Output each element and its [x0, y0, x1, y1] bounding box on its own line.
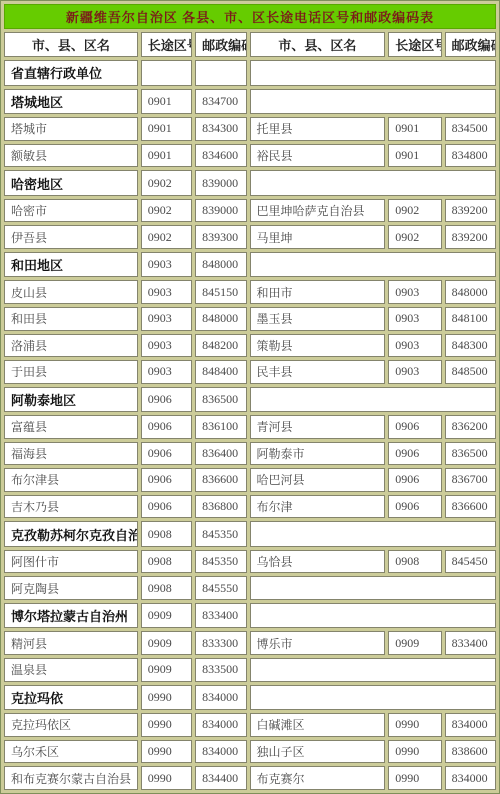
region-name-cell: 独山子区 [250, 740, 386, 764]
postal-code-cell: 836800 [195, 495, 246, 519]
region-name-cell: 青河县 [250, 415, 386, 439]
postal-code-cell: 848000 [445, 280, 496, 304]
postal-code-cell: 848000 [195, 307, 246, 331]
area-code-cell [141, 60, 192, 86]
region-name-cell: 温泉县 [4, 658, 138, 682]
region-name-cell: 省直辖行政单位 [4, 60, 138, 86]
postal-code-cell: 834500 [445, 117, 496, 141]
table-row: 于田县0903848400民丰县0903848500 [4, 360, 496, 384]
table-row: 额敏县0901834600裕民县0901834800 [4, 144, 496, 168]
area-code-cell: 0903 [141, 280, 192, 304]
area-code-cell: 0906 [388, 442, 441, 466]
postal-code-cell: 845550 [195, 576, 246, 600]
region-name-cell: 白碱滩区 [250, 713, 386, 737]
area-code-cell: 0906 [141, 495, 192, 519]
area-code-cell: 0908 [141, 521, 192, 547]
area-code-cell: 0990 [388, 740, 441, 764]
postal-code-cell: 834600 [195, 144, 246, 168]
area-code-cell: 0901 [141, 144, 192, 168]
region-name-cell: 墨玉县 [250, 307, 386, 331]
region-name-cell: 托里县 [250, 117, 386, 141]
area-code-cell: 0990 [141, 685, 192, 711]
area-code-cell: 0908 [388, 550, 441, 574]
empty-span-cell [250, 252, 496, 278]
empty-span-cell [250, 521, 496, 547]
postal-code-cell: 836200 [445, 415, 496, 439]
area-code-cell: 0990 [388, 766, 441, 790]
region-name-cell: 阿勒泰市 [250, 442, 386, 466]
table-row: 和田县0903848000墨玉县0903848100 [4, 307, 496, 331]
table-row: 皮山县0903845150和田市0903848000 [4, 280, 496, 304]
table-row: 哈密地区0902839000 [4, 170, 496, 196]
table-row: 阿克陶县0908845550 [4, 576, 496, 600]
postal-code-cell: 838600 [445, 740, 496, 764]
postal-code-cell: 833500 [195, 658, 246, 682]
table-row: 阿勒泰地区0906836500 [4, 387, 496, 413]
empty-span-cell [250, 603, 496, 629]
area-code-cell: 0902 [388, 199, 441, 223]
region-name-cell: 塔城市 [4, 117, 138, 141]
postal-code-cell: 833400 [445, 631, 496, 655]
area-code-cell: 0902 [388, 225, 441, 249]
area-code-cell: 0909 [141, 658, 192, 682]
empty-span-cell [250, 60, 496, 86]
region-name-cell: 伊吾县 [4, 225, 138, 249]
region-name-cell: 克孜勒苏柯尔克孜自治州 [4, 521, 138, 547]
page: 新疆维吾尔自治区 各县、市、区长途电话区号和邮政编码表 市、县、区名 长途区号 … [0, 0, 500, 794]
column-header-postal-left: 邮政编码 [195, 32, 246, 57]
postal-code-cell: 839300 [195, 225, 246, 249]
table-row: 省直辖行政单位 [4, 60, 496, 86]
region-name-cell: 布克赛尔 [250, 766, 386, 790]
table-row: 洛浦县0903848200策勒县0903848300 [4, 334, 496, 358]
postal-code-cell: 834000 [195, 685, 246, 711]
empty-span-cell [250, 387, 496, 413]
region-name-cell: 巴里坤哈萨克自治县 [250, 199, 386, 223]
area-code-cell: 0906 [388, 415, 441, 439]
postal-code-cell: 836500 [195, 387, 246, 413]
area-code-cell: 0909 [141, 631, 192, 655]
column-header-code-left: 长途区号 [141, 32, 192, 57]
area-code-cell: 0906 [141, 442, 192, 466]
area-code-cell: 0901 [141, 89, 192, 115]
column-header-name-right: 市、县、区名 [250, 32, 386, 57]
area-code-cell: 0990 [141, 713, 192, 737]
postal-code-cell: 834000 [195, 713, 246, 737]
postal-code-cell: 836600 [445, 495, 496, 519]
page-title: 新疆维吾尔自治区 各县、市、区长途电话区号和邮政编码表 [4, 4, 496, 29]
region-name-cell: 博乐市 [250, 631, 386, 655]
area-code-cell: 0903 [388, 280, 441, 304]
region-name-cell: 乌恰县 [250, 550, 386, 574]
area-code-cell: 0902 [141, 199, 192, 223]
region-name-cell: 乌尔禾区 [4, 740, 138, 764]
postal-code-cell: 836600 [195, 468, 246, 492]
postal-code-cell: 839200 [445, 225, 496, 249]
area-code-cell: 0906 [388, 468, 441, 492]
region-name-cell: 和布克赛尔蒙古自治县 [4, 766, 138, 790]
postal-code-cell: 834400 [195, 766, 246, 790]
table-row: 伊吾县0902839300马里坤0902839200 [4, 225, 496, 249]
area-code-cell: 0908 [141, 550, 192, 574]
area-code-cell: 0990 [141, 766, 192, 790]
area-code-cell: 0906 [388, 495, 441, 519]
region-name-cell: 马里坤 [250, 225, 386, 249]
region-name-cell: 和田地区 [4, 252, 138, 278]
area-code-cell: 0903 [388, 334, 441, 358]
area-code-cell: 0902 [141, 170, 192, 196]
region-name-cell: 哈巴河县 [250, 468, 386, 492]
area-code-cell: 0903 [388, 307, 441, 331]
postal-code-cell: 834000 [445, 713, 496, 737]
region-name-cell: 裕民县 [250, 144, 386, 168]
region-name-cell: 布尔津 [250, 495, 386, 519]
table-body: 省直辖行政单位 塔城地区0901834700 塔城市0901834300托里县0… [4, 60, 496, 790]
area-code-cell: 0906 [141, 387, 192, 413]
table-row: 克孜勒苏柯尔克孜自治州0908845350 [4, 521, 496, 547]
table-row: 富蕴县0906836100青河县0906836200 [4, 415, 496, 439]
region-name-cell: 阿克陶县 [4, 576, 138, 600]
postal-code-cell: 848200 [195, 334, 246, 358]
postal-code-cell: 833400 [195, 603, 246, 629]
column-header-postal-right: 邮政编码 [445, 32, 496, 57]
area-code-cell: 0990 [388, 713, 441, 737]
table-row: 哈密市0902839000巴里坤哈萨克自治县0902839200 [4, 199, 496, 223]
area-code-cell: 0909 [388, 631, 441, 655]
region-name-cell: 策勒县 [250, 334, 386, 358]
postal-code-cell: 839000 [195, 170, 246, 196]
region-name-cell: 和田县 [4, 307, 138, 331]
table-row: 精河县0909833300博乐市0909833400 [4, 631, 496, 655]
region-name-cell: 博尔塔拉蒙古自治州 [4, 603, 138, 629]
postal-code-cell: 845150 [195, 280, 246, 304]
column-header-code-right: 长途区号 [388, 32, 441, 57]
postal-code-cell: 839200 [445, 199, 496, 223]
table-row: 克拉玛依0990834000 [4, 685, 496, 711]
area-code-cell: 0902 [141, 225, 192, 249]
area-code-cell: 0906 [141, 468, 192, 492]
area-code-cell: 0990 [141, 740, 192, 764]
region-name-cell: 阿勒泰地区 [4, 387, 138, 413]
postal-code-cell: 839000 [195, 199, 246, 223]
table-row: 塔城市0901834300托里县0901834500 [4, 117, 496, 141]
table-row: 福海县0906836400阿勒泰市0906836500 [4, 442, 496, 466]
table-row: 布尔津县0906836600哈巴河县0906836700 [4, 468, 496, 492]
table-row: 克拉玛依区0990834000白碱滩区0990834000 [4, 713, 496, 737]
postal-code-cell: 848000 [195, 252, 246, 278]
region-name-cell: 洛浦县 [4, 334, 138, 358]
area-code-cell: 0901 [388, 144, 441, 168]
empty-span-cell [250, 685, 496, 711]
empty-span-cell [250, 658, 496, 682]
region-name-cell: 民丰县 [250, 360, 386, 384]
region-name-cell: 富蕴县 [4, 415, 138, 439]
area-code-cell: 0903 [141, 334, 192, 358]
postal-code-cell: 834700 [195, 89, 246, 115]
postal-code-cell: 845350 [195, 550, 246, 574]
area-code-cell: 0909 [141, 603, 192, 629]
area-code-cell: 0901 [141, 117, 192, 141]
column-header-name-left: 市、县、区名 [4, 32, 138, 57]
region-name-cell: 福海县 [4, 442, 138, 466]
postal-code-cell: 848300 [445, 334, 496, 358]
title-row: 新疆维吾尔自治区 各县、市、区长途电话区号和邮政编码表 [4, 4, 496, 29]
table-row: 吉木乃县0906836800布尔津0906836600 [4, 495, 496, 519]
region-name-cell: 吉木乃县 [4, 495, 138, 519]
area-code-cell: 0906 [141, 415, 192, 439]
region-name-cell: 额敏县 [4, 144, 138, 168]
region-name-cell: 布尔津县 [4, 468, 138, 492]
postal-code-cell: 834000 [445, 766, 496, 790]
empty-span-cell [250, 89, 496, 115]
region-name-cell: 塔城地区 [4, 89, 138, 115]
postal-code-cell: 833300 [195, 631, 246, 655]
empty-span-cell [250, 576, 496, 600]
area-code-cell: 0901 [388, 117, 441, 141]
table-row: 塔城地区0901834700 [4, 89, 496, 115]
area-code-cell: 0903 [388, 360, 441, 384]
area-code-cell: 0908 [141, 576, 192, 600]
postal-code-cell: 836500 [445, 442, 496, 466]
postal-code-cell: 836100 [195, 415, 246, 439]
region-name-cell: 克拉玛依区 [4, 713, 138, 737]
postal-code-cell: 836700 [445, 468, 496, 492]
region-name-cell: 于田县 [4, 360, 138, 384]
table-row: 和田地区0903848000 [4, 252, 496, 278]
postal-code-cell: 834800 [445, 144, 496, 168]
empty-span-cell [250, 170, 496, 196]
table-row: 阿图什市0908845350乌恰县0908845450 [4, 550, 496, 574]
postal-code-cell: 834000 [195, 740, 246, 764]
postal-code-cell: 848500 [445, 360, 496, 384]
area-code-cell: 0903 [141, 360, 192, 384]
table-row: 博尔塔拉蒙古自治州0909833400 [4, 603, 496, 629]
table-row: 乌尔禾区0990834000独山子区0990838600 [4, 740, 496, 764]
postal-code-cell: 845450 [445, 550, 496, 574]
region-name-cell: 哈密地区 [4, 170, 138, 196]
region-name-cell: 克拉玛依 [4, 685, 138, 711]
postal-code-cell: 848400 [195, 360, 246, 384]
postal-code-cell: 836400 [195, 442, 246, 466]
postal-code-cell: 834300 [195, 117, 246, 141]
column-header-row: 市、县、区名 长途区号 邮政编码 市、县、区名 长途区号 邮政编码 [4, 32, 496, 57]
postal-code-cell: 845350 [195, 521, 246, 547]
table-row: 和布克赛尔蒙古自治县0990834400布克赛尔0990834000 [4, 766, 496, 790]
region-name-cell: 哈密市 [4, 199, 138, 223]
table-row: 温泉县0909833500 [4, 658, 496, 682]
region-name-cell: 阿图什市 [4, 550, 138, 574]
area-code-cell: 0903 [141, 252, 192, 278]
region-name-cell: 和田市 [250, 280, 386, 304]
region-name-cell: 精河县 [4, 631, 138, 655]
postal-code-cell [195, 60, 246, 86]
region-name-cell: 皮山县 [4, 280, 138, 304]
postal-code-table: 新疆维吾尔自治区 各县、市、区长途电话区号和邮政编码表 市、县、区名 长途区号 … [0, 0, 500, 794]
area-code-cell: 0903 [141, 307, 192, 331]
postal-code-cell: 848100 [445, 307, 496, 331]
